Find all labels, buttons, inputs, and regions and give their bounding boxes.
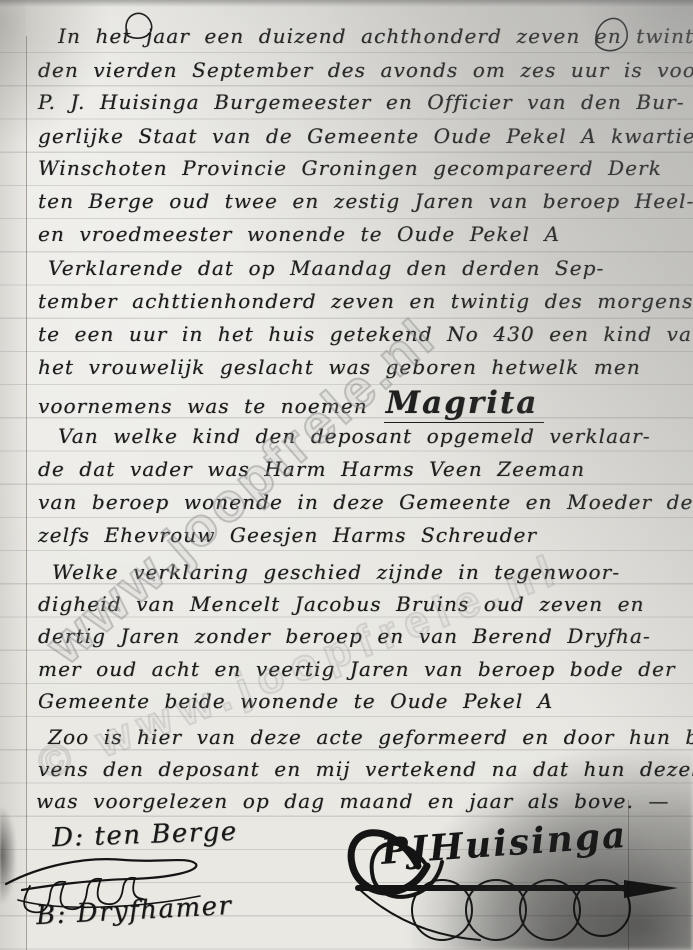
scanned-document-page: In het jaar een duizend achthonderd zeve…	[0, 0, 693, 950]
official-signature-name: PJHuisinga	[379, 814, 629, 873]
document-line: de dat vader was Harm Harms Veen Zeeman	[38, 457, 585, 481]
document-line: tember achttienhonderd zeven en twintig …	[38, 289, 693, 313]
document-line: Winschoten Provincie Groningen gecompare…	[38, 156, 662, 180]
document-line: ten Berge oud twee en zestig Jaren van b…	[38, 189, 693, 213]
document-line-with-name: voornemens was te noemenMagrita	[38, 385, 544, 421]
name-line-prefix: voornemens was te noemen	[38, 394, 368, 418]
document-line: Van welke kind den deposant opgemeld ver…	[58, 424, 651, 448]
document-line: zelfs Ehevrouw Geesjen Harms Schreuder	[38, 523, 537, 547]
document-line: Zoo is hier van deze acte geformeerd en …	[48, 725, 693, 749]
left-margin	[0, 0, 26, 950]
document-line: den vierden September des avonds om zes …	[38, 58, 693, 82]
document-line: vens den deposant en mij vertekend na da…	[38, 757, 693, 781]
document-line: gerlijke Staat van de Gemeente Oude Peke…	[38, 124, 693, 148]
document-line: Gemeente beide wonende te Oude Pekel A	[38, 689, 553, 713]
document-line: In het jaar een duizend achthonderd zeve…	[58, 24, 693, 48]
document-line: digheid van Mencelt Jacobus Bruins oud z…	[38, 592, 645, 616]
child-name: Magrita	[384, 385, 545, 423]
document-line: het vrouwelijk geslacht was geboren hetw…	[38, 355, 641, 379]
document-line: en vroedmeester wonende te Oude Pekel A	[38, 222, 560, 246]
document-line: Verklarende dat op Maandag den derden Se…	[48, 256, 604, 280]
document-line: P. J. Huisinga Burgemeester en Officier …	[38, 90, 685, 114]
official-signature: PJHuisinga	[330, 808, 690, 948]
document-line: dertig Jaren zonder beroep en van Berend…	[38, 624, 651, 648]
margin-rule-line	[26, 36, 27, 950]
document-line: te een uur in het huis getekend No 430 e…	[38, 322, 693, 346]
document-line: van beroep wonende in deze Gemeente en M…	[38, 490, 693, 514]
document-line: Welke verklaring geschied zijnde in tege…	[52, 560, 620, 584]
document-line: mer oud acht en veertig Jaren van beroep…	[38, 657, 676, 681]
